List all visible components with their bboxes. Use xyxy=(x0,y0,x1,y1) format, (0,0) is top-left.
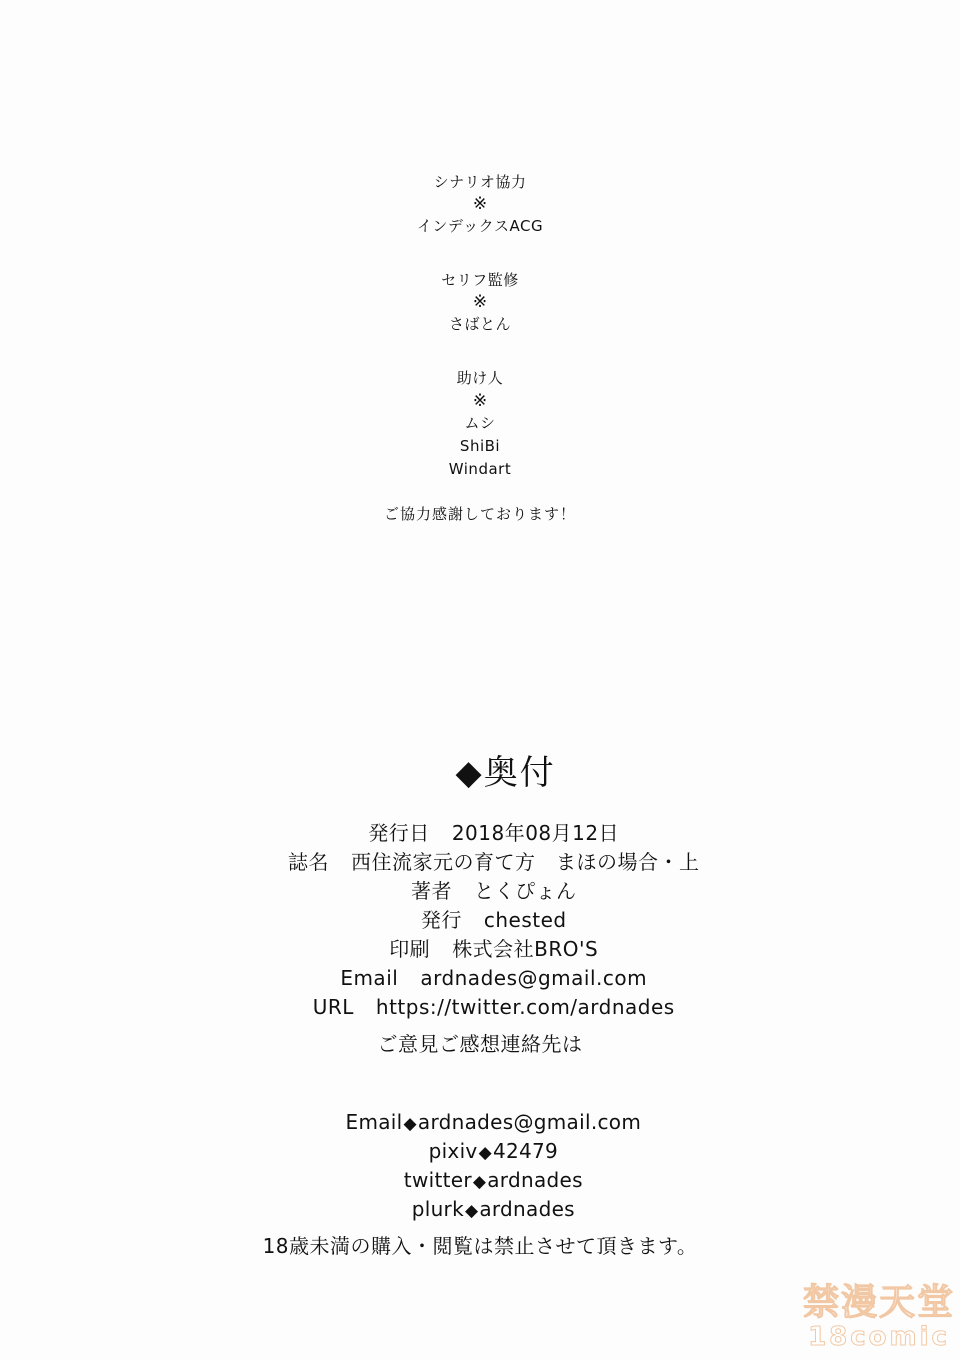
url-value: https://twitter.com/ardnades xyxy=(376,995,675,1019)
colophon-page: シナリオ協力 ※ インデックスACG セリフ監修 ※ さばとん 助け人 ※ ムシ… xyxy=(0,0,960,1360)
contact-plurk-label: plurk xyxy=(412,1197,464,1221)
site-watermark: 禁漫天堂 18comic xyxy=(800,1283,958,1358)
age-restriction-notice: 18歳未満の購入・閲覧は禁止させて頂きます。 xyxy=(0,1236,960,1256)
credit-name-index-acg: インデックスACG xyxy=(0,219,960,234)
colophon-row-url: URLhttps://twitter.com/ardnades xyxy=(0,977,960,1037)
credit-name-sabaton: さばとん xyxy=(0,317,960,332)
credit-name-shibi: ShiBi xyxy=(0,439,960,454)
contact-plurk: plurk◆ardnades xyxy=(0,1179,960,1240)
contact-plurk-value: ardnades xyxy=(479,1197,575,1221)
thanks-message: ご協力感謝しております！ xyxy=(0,507,960,522)
watermark-line-1: 禁漫天堂 xyxy=(800,1283,958,1323)
credit-name-mushi: ムシ xyxy=(0,416,960,431)
reference-mark-icon: ※ xyxy=(0,196,960,213)
diamond-icon: ◆ xyxy=(465,1203,478,1220)
watermark-line-2: 18comic xyxy=(800,1323,958,1351)
diamond-icon: ◆ xyxy=(456,753,484,793)
credit-role-helpers: 助け人 xyxy=(0,371,960,386)
colophon-heading-text: 奥付 xyxy=(484,753,556,793)
credit-name-windart: Windart xyxy=(0,462,960,477)
feedback-heading: ご意見ご感想連絡先は xyxy=(0,1034,960,1054)
reference-mark-icon: ※ xyxy=(0,294,960,311)
credit-role-dialogue: セリフ監修 xyxy=(0,273,960,288)
url-label: URL xyxy=(313,995,354,1019)
credit-role-scenario: シナリオ協力 xyxy=(0,175,960,190)
reference-mark-icon: ※ xyxy=(0,393,960,410)
